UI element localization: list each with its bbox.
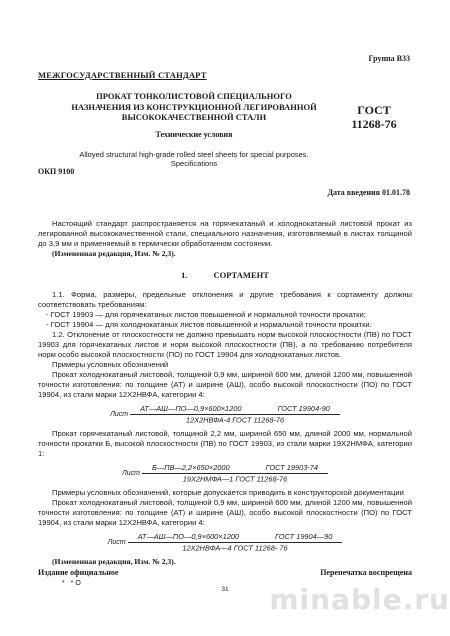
formula-1-gost-ref: ГОСТ 19904-90 [278,404,330,413]
document-title-line3: ВЫСОКОКАЧЕСТВЕННОЙ СТАЛИ [38,112,350,123]
formula-3-designation: АТ—АШ—ПО—0,9×600×1200 [138,532,239,541]
page-footer: Издание официальное Перепечатка воспреще… [38,568,412,577]
formula-2-designation: Б—ПВ—2,2×650×2000 [152,463,230,472]
designation-formula-1: Лист АТ—АШ—ПО—0,9×600×1200 ГОСТ 19904-90… [38,404,412,424]
gost-label: ГОСТ [336,103,412,117]
title-english-line1: Alloyed structural high-grade rolled ste… [38,150,350,159]
group-label: Группа В33 [369,54,410,63]
title-block: ПРОКАТ ТОНКОЛИСТОВОЙ СПЕЦИАЛЬНОГО НАЗНАЧ… [38,91,350,168]
effective-date: Дата введения 01.01.78 [327,188,410,197]
formula-1-fraction: АТ—АШ—ПО—0,9×600×1200 ГОСТ 19904-90 12Х2… [130,404,340,424]
title-english: Alloyed structural high-grade rolled ste… [38,150,350,168]
amended-note-2: (Измененная редакция, Изм. № 2,3). [38,557,412,567]
examples-heading: Примеры условных обозначений [38,360,412,370]
clause-1-1-item-2: - ГОСТ 19904 — для холоднокатаных листов… [38,320,412,330]
official-edition-label: Издание официальное [38,568,118,577]
examples-note: Примеры условных обозначений, которые до… [38,488,412,498]
section-1-number: 1. [181,270,187,280]
gost-designation: ГОСТ 11268-76 [336,103,412,131]
formula-2-label: Лист [122,469,140,478]
document-title-line1: ПРОКАТ ТОНКОЛИСТОВОЙ СПЕЦИАЛЬНОГО [38,91,350,102]
formula-3-label: Лист [108,538,126,547]
document-subtitle: Технические условия [38,130,350,139]
gost-number: 11268-76 [336,117,412,131]
designation-formula-2: Лист Б—ПВ—2,2×650×2000 ГОСТ 19903-74 19Х… [38,463,412,483]
formula-1-label: Лист [110,410,128,419]
section-1-title: СОРТАМЕНТ [213,270,268,280]
formula-3-denominator: 12Х2НВФА—4 ГОСТ 11268- 76 [182,542,287,553]
formula-1-denominator: 12Х2НВФА-4 ГОСТ 11268-76 [186,414,284,425]
example-3-text: Прокат холоднокатаный листовой, толщиной… [38,498,412,528]
amended-note-1: (Измененная редакция, Изм. № 2,3). [38,249,412,259]
intro-paragraph: Настоящий стандарт распространяется на г… [38,219,412,249]
formula-2-denominator: 19Х2НМФА—1 ГОСТ 11268-76 [183,473,288,484]
clause-1-1-item-1: - ГОСТ 19903 — для горячекатаных листов … [38,310,412,320]
example-2-text: Прокат горячекатаный листовой, толщиной … [38,429,412,459]
reprint-prohibited-label: Перепечатка воспрещена [320,568,412,577]
clause-1-1: 1.1. Форма, размеры, предельные отклонен… [38,290,412,310]
example-1-text: Прокат холоднокатаный листовой, толщиной… [38,370,412,400]
formula-3-gost-ref: ГОСТ 19904—90 [275,532,332,541]
formula-3-fraction: АТ—АШ—ПО—0,9×600×1200 ГОСТ 19904—90 12Х2… [128,532,343,552]
document-page: Группа В33 МЕЖГОСУДАРСТВЕННЫЙ СТАНДАРТ П… [0,0,450,636]
title-english-line2: Specifications [38,159,350,168]
document-body: Настоящий стандарт распространяется на г… [38,219,412,567]
standard-type-heading: МЕЖГОСУДАРСТВЕННЫЙ СТАНДАРТ [38,70,207,80]
designation-formula-3: Лист АТ—АШ—ПО—0,9×600×1200 ГОСТ 19904—90… [38,532,412,552]
watermark-text: minable.ru [269,583,450,616]
okp-code: ОКП 9100 [38,167,74,176]
formula-2-gost-ref: ГОСТ 19903-74 [266,463,318,472]
formula-2-fraction: Б—ПВ—2,2×650×2000 ГОСТ 19903-74 19Х2НМФА… [142,463,328,483]
section-1-heading: 1.СОРТАМЕНТ [38,270,412,280]
clause-1-2: 1.2. Отклонение от плоскостности не долж… [38,330,412,360]
document-title-line2: НАЗНАЧЕНИЯ ИЗ КОНСТРУКЦИОННОЙ ЛЕГИРОВАНН… [38,102,350,113]
formula-1-designation: АТ—АШ—ПО—0,9×600×1200 [140,404,241,413]
